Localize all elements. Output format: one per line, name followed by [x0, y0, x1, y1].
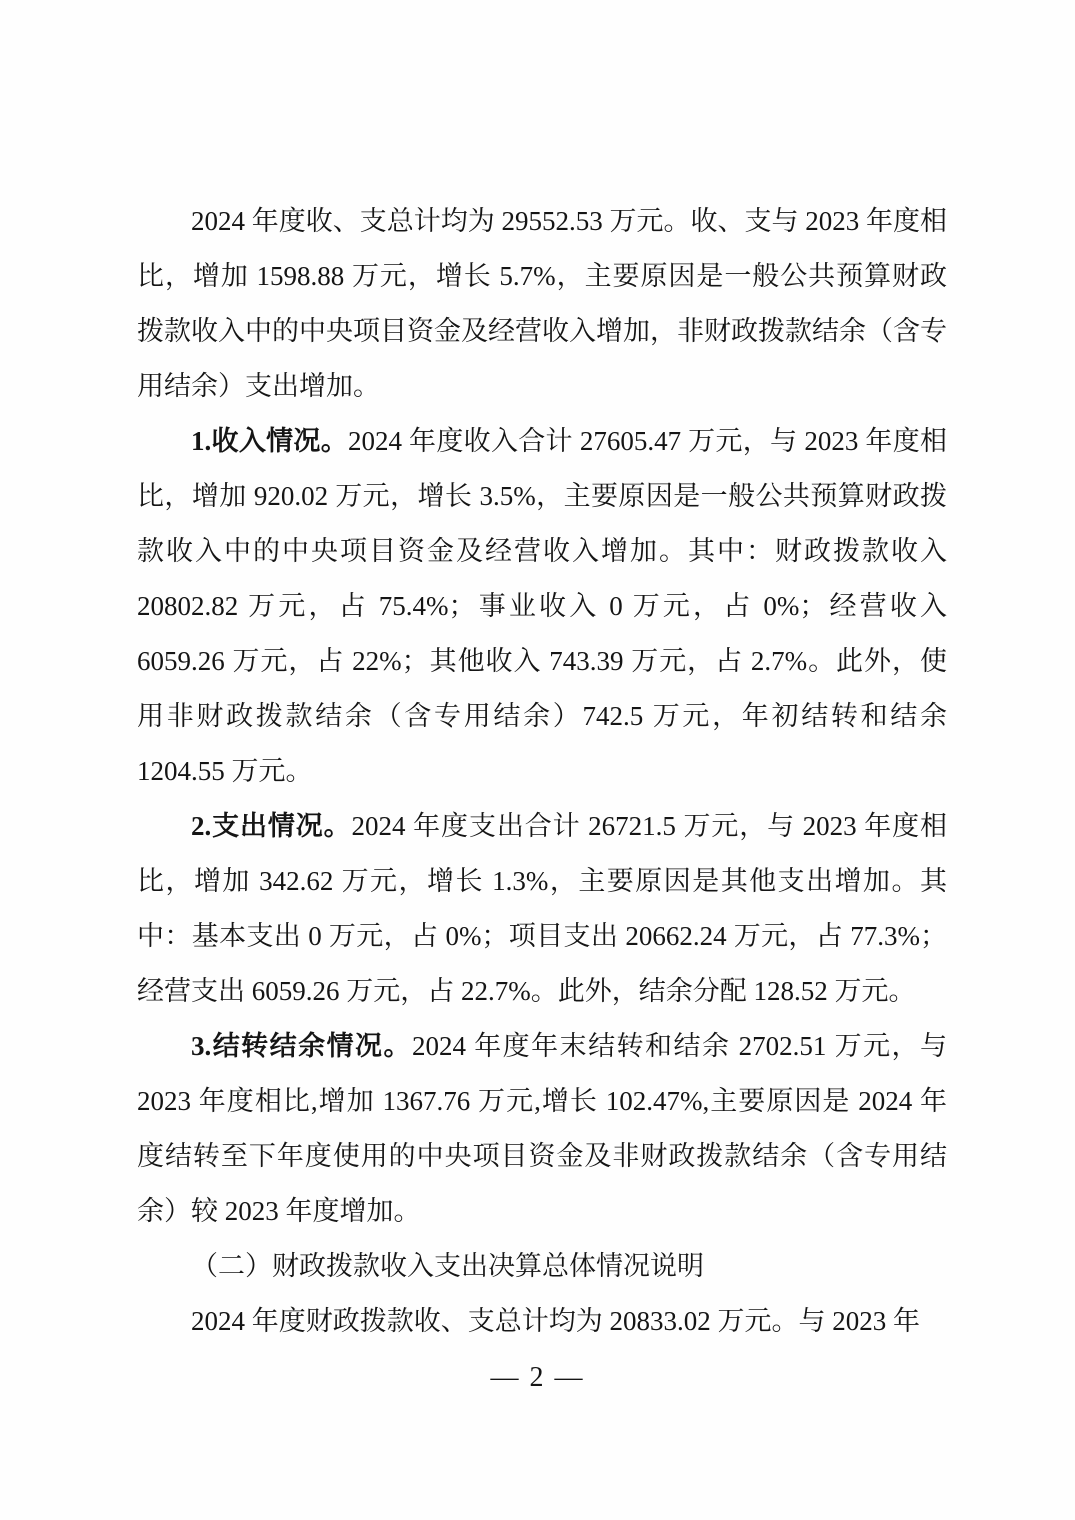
paragraph-text: 2024 年度财政拨款收、支总计均为 20833.02 万元。与 2023 年 [191, 1306, 920, 1336]
paragraph-text: 2024 年度收入合计 27605.47 万元，与 2023 年度相比，增加 9… [137, 426, 947, 786]
paragraph-total-revenue-expenditure-overview: 2024 年度收、支总计均为 29552.53 万元。收、支与 2023 年度相… [137, 194, 947, 414]
paragraph-bold-lead: 2.支出情况。 [191, 811, 352, 841]
paragraph-fiscal-appropriation-total: 2024 年度财政拨款收、支总计均为 20833.02 万元。与 2023 年 [137, 1294, 947, 1349]
paragraph-text: 2024 年度收、支总计均为 29552.53 万元。收、支与 2023 年度相… [137, 206, 947, 401]
paragraph-expenditure-situation: 2.支出情况。2024 年度支出合计 26721.5 万元，与 2023 年度相… [137, 799, 947, 1019]
heading-text: （二）财政拨款收入支出决算总体情况说明 [191, 1251, 704, 1281]
paragraph-carryover-surplus-situation: 3.结转结余情况。2024 年度年末结转和结余 2702.51 万元，与 202… [137, 1019, 947, 1239]
page-number: — 2 — [491, 1362, 585, 1393]
document-page: 2024 年度收、支总计均为 29552.53 万元。收、支与 2023 年度相… [0, 0, 1075, 1520]
page-body-text: 2024 年度收、支总计均为 29552.53 万元。收、支与 2023 年度相… [137, 194, 947, 1349]
section-2-heading: （二）财政拨款收入支出决算总体情况说明 [137, 1239, 947, 1294]
paragraph-bold-lead: 3.结转结余情况。 [191, 1031, 412, 1061]
paragraph-income-situation: 1.收入情况。2024 年度收入合计 27605.47 万元，与 2023 年度… [137, 414, 947, 799]
paragraph-bold-lead: 1.收入情况。 [191, 426, 348, 456]
page-footer: — 2 — [0, 1358, 1075, 1398]
